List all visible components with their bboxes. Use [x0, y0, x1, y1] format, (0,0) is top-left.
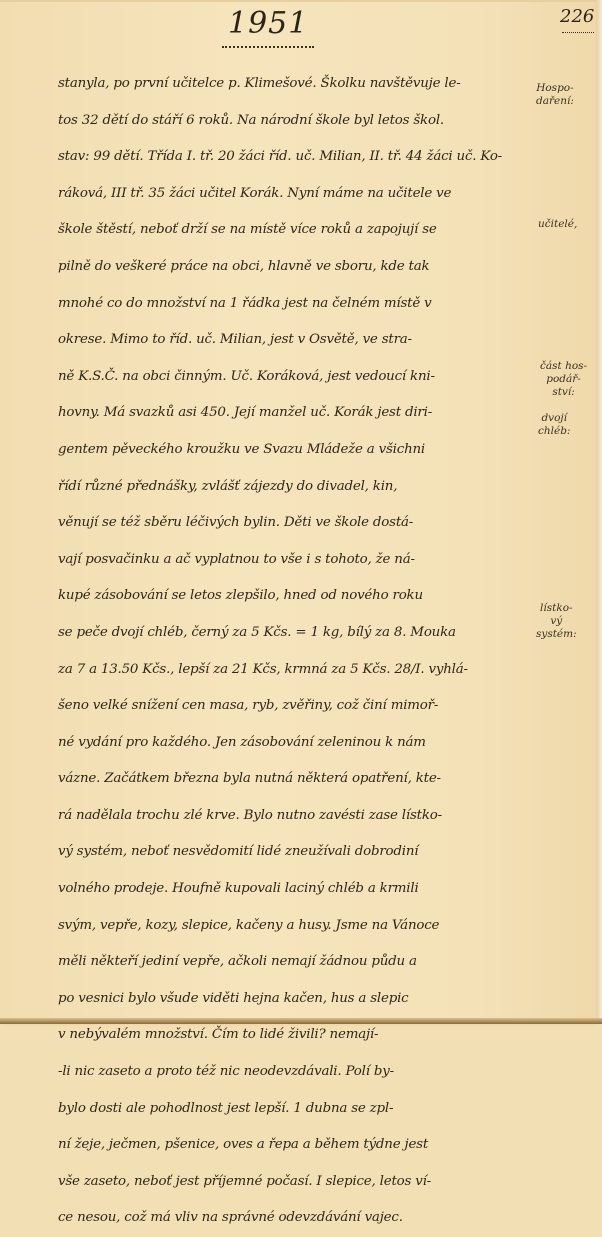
page-number: 226.: [560, 6, 600, 27]
margin-note-hospodareni: Hospo- daření:: [536, 82, 574, 108]
year-decorative-underline: [222, 42, 314, 48]
text-line: okrese. Mimo to říd. uč. Milian, jest v …: [58, 322, 528, 359]
text-line: stanyla, po první učitelce p. Klimešové.…: [58, 66, 528, 103]
text-line: škole štěstí, neboť drží se na místě víc…: [58, 212, 528, 249]
margin-note-ucitele: učitelé,: [538, 218, 577, 231]
text-line: né vydání pro každého. Jen zásobování ze…: [58, 725, 528, 762]
text-line: stav: 99 dětí. Třída I. tř. 20 žáci říd.…: [58, 139, 528, 176]
margin-note-chleb: dvojí chléb:: [538, 412, 570, 438]
text-line: po vesnici bylo všude viděti hejna kačen…: [58, 981, 528, 1018]
page-number-underline: [562, 30, 594, 33]
page-year-heading: 1951: [228, 6, 308, 41]
text-line: mnohé co do množství na 1 řádka jest na …: [58, 286, 528, 323]
text-line: se peče dvojí chléb, černý za 5 Kčs. = 1…: [58, 615, 528, 652]
text-line: hovny. Má svazků asi 450. Její manžel uč…: [58, 395, 528, 432]
text-line: řídí různé přednášky, zvlášť zájezdy do …: [58, 469, 528, 506]
text-line: pilně do veškeré práce na obci, hlavně v…: [58, 249, 528, 286]
chronicle-body-text: stanyla, po první učitelce p. Klimešové.…: [58, 66, 528, 1024]
text-line: šeno velké snížení cen masa, ryb, zvěřin…: [58, 688, 528, 725]
margin-note-cast-hospodarstvi: část hos- podář- ství:: [540, 360, 587, 399]
manuscript-page: 1951 226. stanyla, po první učitelce p. …: [0, 0, 596, 1020]
text-line: ráková, III tř. 35 žáci učitel Korák. Ny…: [58, 176, 528, 213]
text-line: gentem pěveckého kroužku ve Svazu Mládež…: [58, 432, 528, 469]
margin-note-listkovy-system: lístko- vý systém:: [536, 602, 577, 641]
text-line: vají posvačinku a ač vyplatnou to vše i …: [58, 542, 528, 579]
text-line: měli někteří jediní vepře, ačkoli nemají…: [58, 944, 528, 981]
text-line: vý systém, neboť nesvědomití lidé zneuží…: [58, 834, 528, 871]
text-line: tos 32 dětí do stáří 6 roků. Na národní …: [58, 103, 528, 140]
text-line: svým, vepře, kozy, slepice, kačeny a hus…: [58, 908, 528, 945]
text-line: ně K.S.Č. na obci činným. Uč. Koráková, …: [58, 359, 528, 396]
text-line: kupé zásobování se letos zlepšilo, hned …: [58, 578, 528, 615]
page-edge-right: [596, 0, 602, 1024]
text-line: vázne. Začátkem března byla nutná někter…: [58, 761, 528, 798]
text-line: za 7 a 13.50 Kčs., lepší za 21 Kčs, krmn…: [58, 652, 528, 689]
text-line: věnují se též sběru léčivých bylin. Děti…: [58, 505, 528, 542]
text-line: volného prodeje. Houfně kupovali laciný …: [58, 871, 528, 908]
page-edge-bottom: [0, 1018, 602, 1024]
text-line: rá nadělala trochu zlé krve. Bylo nutno …: [58, 798, 528, 835]
